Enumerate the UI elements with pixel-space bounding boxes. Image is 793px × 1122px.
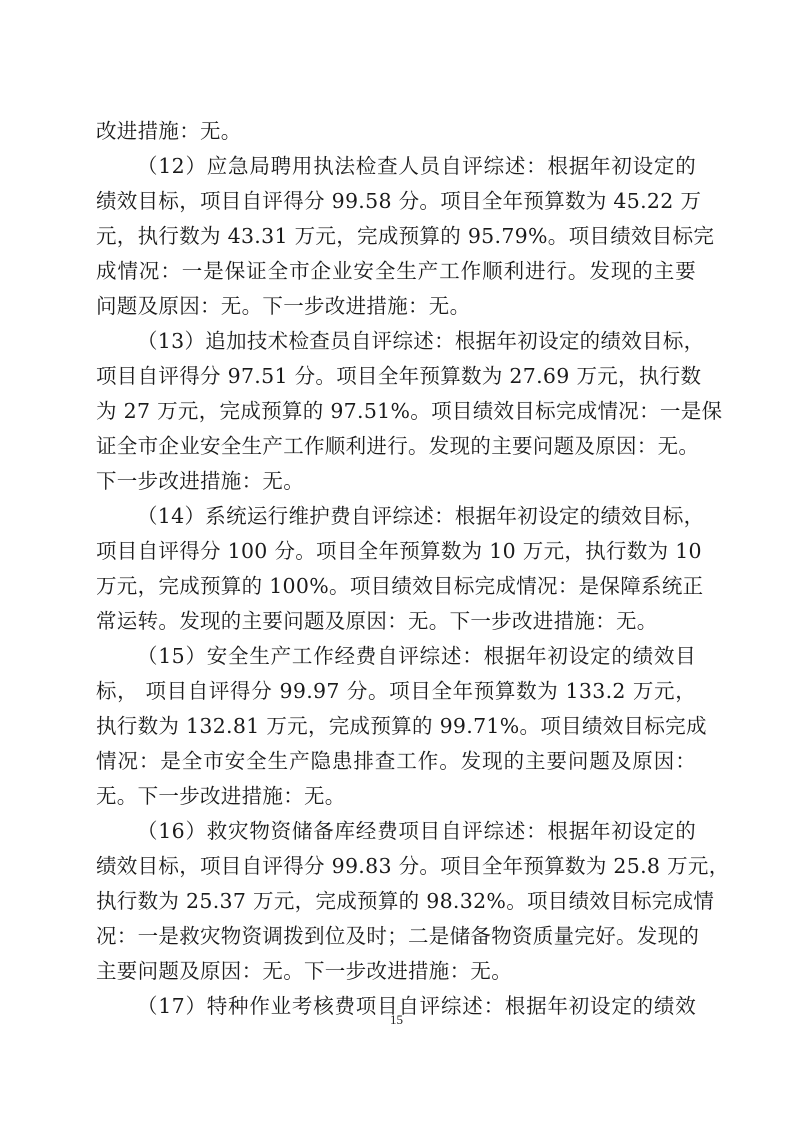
text-line: 项目自评得分 100 分。项目全年预算数为 10 万元，执行数为 10	[96, 539, 696, 563]
text-line: 项目自评得分 97.51 分。项目全年预算数为 27.69 万元，执行数	[96, 364, 696, 388]
paragraph-first-line: （16）救灾物资储备库经费项目自评综述：根据年初设定的	[137, 819, 696, 843]
text-line: 标， 项目自评得分 99.97 分。项目全年预算数为 133.2 万元，	[96, 679, 696, 703]
document-page: 改进措施：无。（12）应急局聘用执法检查人员自评综述：根据年初设定的绩效目标，项…	[0, 0, 793, 1122]
text-line: 万元，完成预算的 100%。项目绩效目标完成情况：是保障系统正	[96, 574, 696, 598]
paragraph-first-line: （14）系统运行维护费自评综述：根据年初设定的绩效目标，	[137, 504, 696, 528]
text-line: 情况：是全市安全生产隐患排查工作。发现的主要问题及原因：	[96, 749, 696, 773]
text-line: 问题及原因：无。下一步改进措施：无。	[96, 294, 696, 318]
page-number: 15	[0, 1012, 793, 1028]
text-line: 成情况：一是保证全市企业安全生产工作顺利进行。发现的主要	[96, 259, 696, 283]
text-line: 无。下一步改进措施：无。	[96, 784, 696, 808]
text-line: 主要问题及原因：无。下一步改进措施：无。	[96, 959, 696, 983]
text-line: 下一步改进措施：无。	[96, 469, 696, 493]
paragraph-first-line: （15）安全生产工作经费自评综述：根据年初设定的绩效目	[137, 644, 696, 668]
text-line: 证全市企业安全生产工作顺利进行。发现的主要问题及原因：无。	[96, 434, 696, 458]
text-line: 绩效目标，项目自评得分 99.58 分。项目全年预算数为 45.22 万	[96, 189, 696, 213]
text-line: 绩效目标，项目自评得分 99.83 分。项目全年预算数为 25.8 万元，	[96, 854, 696, 878]
text-line: 执行数为 132.81 万元，完成预算的 99.71%。项目绩效目标完成	[96, 714, 696, 738]
text-line: 执行数为 25.37 万元，完成预算的 98.32%。项目绩效目标完成情	[96, 889, 696, 913]
paragraph-first-line: （13）追加技术检查员自评综述：根据年初设定的绩效目标，	[137, 329, 696, 353]
paragraph-first-line: （12）应急局聘用执法检查人员自评综述：根据年初设定的	[137, 154, 696, 178]
text-line: 为 27 万元，完成预算的 97.51%。项目绩效目标完成情况：一是保	[96, 399, 696, 423]
text-line: 元，执行数为 43.31 万元，完成预算的 95.79%。项目绩效目标完	[96, 224, 696, 248]
text-line: 况：一是救灾物资调拨到位及时；二是储备物资质量完好。发现的	[96, 924, 696, 948]
text-line: 常运转。发现的主要问题及原因：无。下一步改进措施：无。	[96, 609, 696, 633]
text-line: 改进措施：无。	[96, 119, 696, 143]
